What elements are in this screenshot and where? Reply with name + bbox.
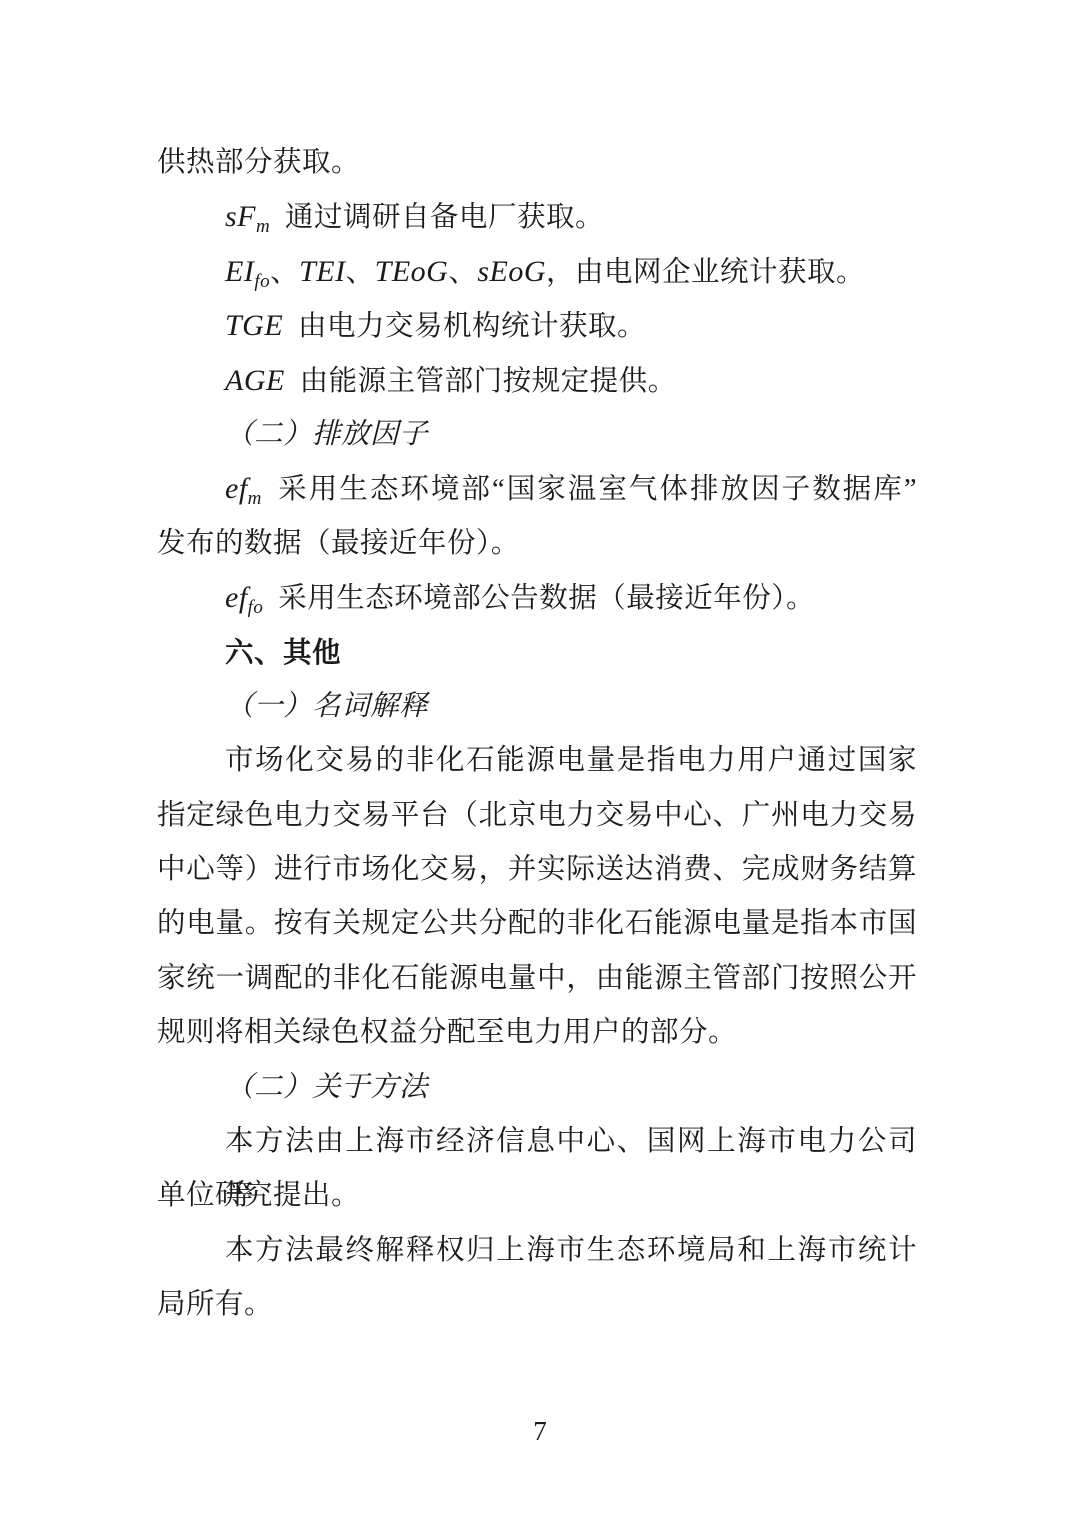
formula-line-tge: TGE 由电力交易机构统计获取。 xyxy=(157,299,917,353)
text-line: 家统一调配的非化石能源电量中，由能源主管部门按照公开 xyxy=(157,952,917,1006)
variable-symbol: ef xyxy=(225,472,248,505)
text-line: 单位研究提出。 xyxy=(157,1169,917,1223)
section-heading-others: 六、其他 xyxy=(157,626,917,680)
variable-subscript: fo xyxy=(254,271,270,292)
subheading-glossary: （一）名词解释 xyxy=(157,680,917,734)
formula-description: 由能源主管部门按规定提供。 xyxy=(285,366,677,397)
text-line: 指定绿色电力交易平台（北京电力交易中心、广州电力交易 xyxy=(157,789,917,843)
formula-description: 通过调研自备电厂获取。 xyxy=(270,202,604,233)
separator: 、 xyxy=(448,257,477,288)
formula-description: ，由电网企业统计获取。 xyxy=(546,257,865,288)
variable-symbol: TEI xyxy=(299,255,346,288)
text-line: 发布的数据（最接近年份）。 xyxy=(157,517,917,571)
variable-symbol: ef xyxy=(225,581,248,614)
variable-subscript: m xyxy=(256,216,270,237)
formula-line-eifo: EIfo、TEI、TEoG、sEoG，由电网企业统计获取。 xyxy=(157,245,917,299)
variable-symbol: TGE xyxy=(225,309,283,342)
document-page: 供热部分获取。 sFm 通过调研自备电厂获取。 EIfo、TEI、TEoG、sE… xyxy=(0,0,1080,1527)
text-line: 市场化交易的非化石能源电量是指电力用户通过国家 xyxy=(157,734,917,788)
formula-description: 采用生态环境部公告数据（最接近年份）。 xyxy=(263,583,815,614)
variable-symbol: sEoG xyxy=(477,255,546,288)
formula-description: 由电力交易机构统计获取。 xyxy=(283,311,646,342)
variable-symbol: AGE xyxy=(225,364,285,397)
variable-subscript: m xyxy=(248,488,262,509)
subheading-emission-factor: （二）排放因子 xyxy=(157,408,917,462)
formula-line-effo: effo 采用生态环境部公告数据（最接近年份）。 xyxy=(157,571,917,625)
text-line: 本方法由上海市经济信息中心、国网上海市电力公司等 xyxy=(157,1115,917,1169)
text-line: 局所有。 xyxy=(157,1278,917,1332)
text-line: 供热部分获取。 xyxy=(157,136,917,190)
separator: 、 xyxy=(270,257,299,288)
variable-symbol: TEoG xyxy=(375,255,449,288)
formula-description: 采用生态环境部“国家温室气体排放因子数据库” xyxy=(262,474,917,505)
separator: 、 xyxy=(346,257,375,288)
text-line: 中心等）进行市场化交易，并实际送达消费、完成财务结算 xyxy=(157,843,917,897)
formula-line-sfm: sFm 通过调研自备电厂获取。 xyxy=(157,190,917,244)
variable-symbol: sF xyxy=(225,200,256,233)
subheading-about-method: （二）关于方法 xyxy=(157,1061,917,1115)
page-number: 7 xyxy=(0,1404,1080,1458)
document-body: 供热部分获取。 sFm 通过调研自备电厂获取。 EIfo、TEI、TEoG、sE… xyxy=(157,136,917,1333)
text-line: 的电量。按有关规定公共分配的非化石能源电量是指本市国 xyxy=(157,897,917,951)
text-line: 本方法最终解释权归上海市生态环境局和上海市统计 xyxy=(157,1224,917,1278)
variable-subscript: fo xyxy=(248,597,264,618)
variable-symbol: EI xyxy=(225,255,254,288)
formula-line-age: AGE 由能源主管部门按规定提供。 xyxy=(157,354,917,408)
formula-line-efm: efm 采用生态环境部“国家温室气体排放因子数据库” xyxy=(157,462,917,516)
text-line: 规则将相关绿色权益分配至电力用户的部分。 xyxy=(157,1006,917,1060)
